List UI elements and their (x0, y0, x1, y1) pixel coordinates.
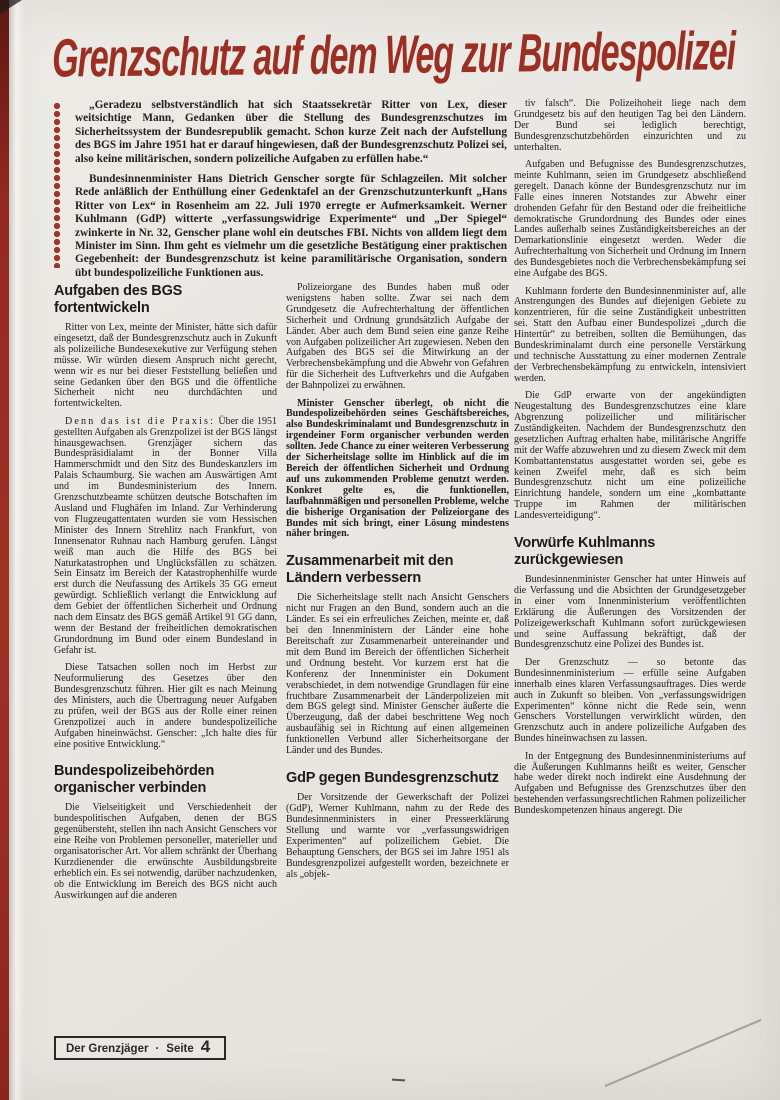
paragraph: In der Entgegnung des Bundesinnenministe… (514, 752, 746, 817)
paragraph: Aufgaben und Befugnisse des Bundesgrenzs… (514, 160, 746, 280)
scan-corner-shadow (0, 0, 22, 14)
paragraph: Diese Tatsachen sollen noch im Herbst zu… (54, 663, 277, 750)
paragraph-rest: Über die 1951 gestellten Aufgaben als Gr… (54, 416, 277, 656)
page-footer-marker: Der Grenzjäger · Seite 4 (54, 1036, 226, 1060)
column-middle: Polizeiorgane des Bundes haben muß oder … (286, 283, 509, 887)
page-number: 4 (201, 1041, 210, 1053)
column-left: Aufgaben des BGS fortentwickeln Ritter v… (54, 283, 277, 908)
paragraph: Die Sicherheitslage stellt nach Ansicht … (286, 593, 509, 757)
bold-paragraph: Minister Genscher überlegt, ob nicht die… (286, 399, 509, 541)
publication-name: Der Grenzjäger (66, 1043, 148, 1055)
paragraph: Die Vielseitigkeit und Verschiedenheit d… (54, 803, 277, 901)
column-right: tiv falsch“. Die Polizeihoheit liege nac… (514, 99, 746, 824)
heading-bundespolizeibehoerden: Bundespolizeibehörden organischer verbin… (54, 763, 277, 796)
paragraph: Der Vorsitzende der Gewerkschaft der Pol… (286, 793, 509, 880)
paragraph: Die GdP erwarte von der angekündigten Ne… (514, 391, 746, 522)
page-curl-highlight (9, 0, 25, 1100)
newspaper-page: Grenzschutz auf dem Weg zur Bundespolize… (0, 0, 780, 1100)
heading-zusammenarbeit: Zusammenarbeit mit den Ländern verbesser… (286, 553, 509, 586)
paragraph: Kuhlmann forderte den Bundesinnenministe… (514, 287, 746, 385)
red-dotted-rule-icon (53, 102, 61, 268)
lead-summary-paragraph: Bundesinnenminister Hans Dietrich Gensch… (75, 173, 507, 280)
red-spine-bar (0, 0, 9, 1100)
paragraph: Denn das ist die Praxis: Über die 1951 g… (54, 417, 277, 657)
paragraph: Ritter von Lex, meinte der Minister, hät… (54, 323, 277, 410)
article-masthead: Grenzschutz auf dem Weg zur Bundespolize… (52, 27, 772, 91)
page-label: Seite (166, 1043, 194, 1055)
heading-gdp-gegen-bgs: GdP gegen Bundesgrenzschutz (286, 770, 509, 787)
scan-speck (392, 1079, 405, 1082)
paper-crease (604, 1019, 761, 1087)
heading-vorwuerfe-kuhlmanns: Vorwürfe Kuhlmanns zurückgewiesen (514, 535, 746, 568)
heading-aufgaben-bgs: Aufgaben des BGS fortentwickeln (54, 283, 277, 316)
paragraph: Bundesinnenminister Genscher hat unter H… (514, 575, 746, 651)
footer-separator: · (155, 1043, 159, 1055)
article-title: Grenzschutz auf dem Weg zur Bundespolize… (52, 19, 735, 89)
paragraph: Polizeiorgane des Bundes haben muß oder … (286, 283, 509, 392)
paragraph: Der Grenzschutz — so betonte das Bundesi… (514, 658, 746, 745)
lead-paragraphs: „Geradezu selbstverständlich hat sich St… (75, 99, 507, 287)
paragraph: tiv falsch“. Die Polizeihoheit liege nac… (514, 99, 746, 154)
spaced-lead-text: Denn das ist die Praxis: (65, 416, 215, 427)
lead-quote-paragraph: „Geradezu selbstverständlich hat sich St… (75, 99, 507, 166)
